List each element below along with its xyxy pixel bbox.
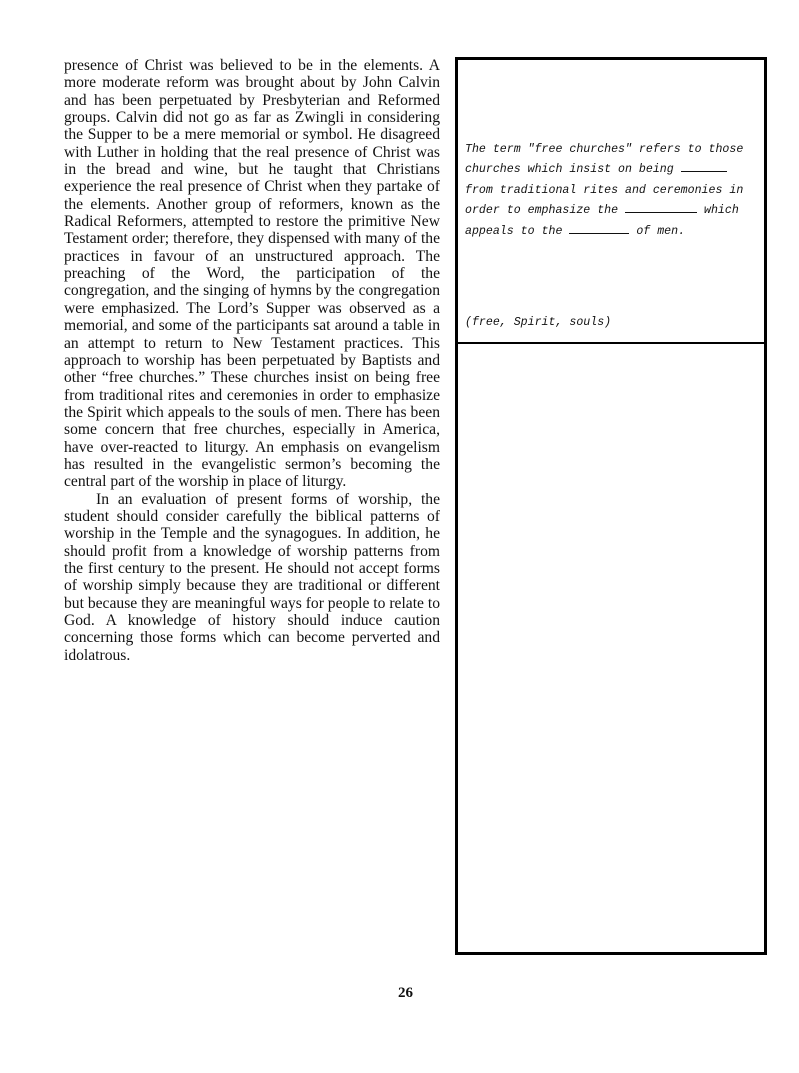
frame-question-panel: The term "free churches" refers to those… — [458, 60, 764, 342]
body-paragraph-2: In an evaluation of present forms of wor… — [64, 491, 440, 664]
frame-empty-panel — [458, 344, 764, 952]
answer-key: (free, Spirit, souls) — [465, 316, 611, 329]
body-text-column: presence of Christ was believed to be in… — [64, 57, 440, 664]
body-paragraph-1: presence of Christ was believed to be in… — [64, 57, 440, 491]
page-number: 26 — [398, 985, 413, 1002]
question-text-4: of men. — [629, 225, 685, 238]
answer-blank-2 — [625, 202, 697, 213]
answer-blank-1 — [681, 161, 727, 172]
programmed-frame-box: The term "free churches" refers to those… — [455, 57, 767, 955]
answer-blank-3 — [569, 223, 629, 234]
fill-in-question: The term "free churches" refers to those… — [465, 140, 761, 242]
